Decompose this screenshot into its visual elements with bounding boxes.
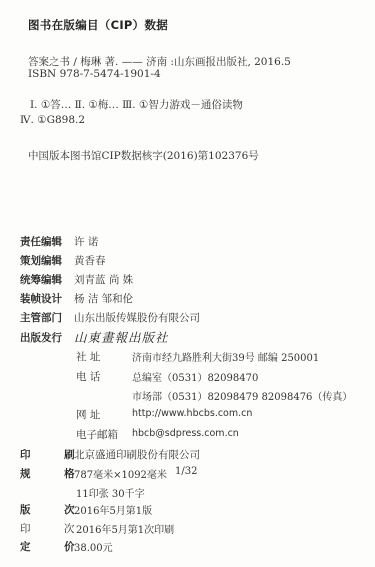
credit-value: 山东出版传媒股份有限公司: [74, 310, 200, 325]
edition-value: 2016年5月第1版: [74, 502, 152, 517]
spec-value-format: 1/32: [175, 466, 197, 477]
email-label: 电子邮箱: [76, 427, 118, 442]
credit-label: 策划编辑: [20, 253, 62, 268]
isbn: ISBN 978-7-5474-1901-4: [28, 68, 161, 80]
price-value: 38.00元: [74, 539, 113, 554]
spec-value-size: 787毫米×1092毫米: [74, 466, 167, 481]
publisher-logo-name: 山東畫報出版社: [74, 328, 169, 346]
website-link[interactable]: http://www.hbcbs.com.cn: [132, 408, 252, 419]
website-label: 网 址: [76, 407, 100, 422]
printer-value: 北京盛通印刷股份有限公司: [74, 447, 200, 462]
credit-value: 杨 洁 邹和伦: [74, 291, 133, 306]
phone-value-editorial: 总编室（0531）82098470: [132, 369, 258, 384]
credit-label: 主管部门: [20, 310, 62, 325]
cip-record-number: 中国版本图书馆CIP数据核字(2016)第102376号: [28, 148, 259, 163]
phone-label: 电 话: [76, 369, 100, 384]
publisher-label: 出版发行: [20, 330, 62, 345]
cip-classification-2: Ⅳ. ①G898.2: [20, 114, 85, 126]
credit-label: 责任编辑: [20, 234, 62, 249]
cip-bibliographic-line: 答案之书 / 梅琳 著. —— 济南 :山东画报出版社, 2016.5: [28, 54, 291, 69]
email-link[interactable]: hbcb@sdpress.com.cn: [132, 428, 239, 439]
impression-value: 2016年5月第1次印刷: [76, 521, 174, 536]
cip-classification-1: Ⅰ. ①答… Ⅱ. ①梅… Ⅲ. ①智力游戏－通俗读物: [30, 97, 243, 112]
credit-value: 黄香春: [74, 253, 106, 268]
credit-label: 装帧设计: [20, 291, 62, 306]
spec-value-sheets: 11印张 30千字: [76, 485, 145, 500]
credit-value: 刘青蓝 尚 姝: [74, 272, 133, 287]
cip-title: 图书在版编目（CIP）数据: [28, 17, 168, 33]
address-label: 社 址: [76, 349, 100, 364]
address-value: 济南市经九路胜利大街39号 邮编 250001: [132, 349, 319, 364]
credit-value: 许 诺: [74, 234, 98, 249]
credit-label: 统筹编辑: [20, 272, 62, 287]
phone-value-marketing: 市场部（0531）82098479 82098476（传真）: [132, 388, 352, 403]
